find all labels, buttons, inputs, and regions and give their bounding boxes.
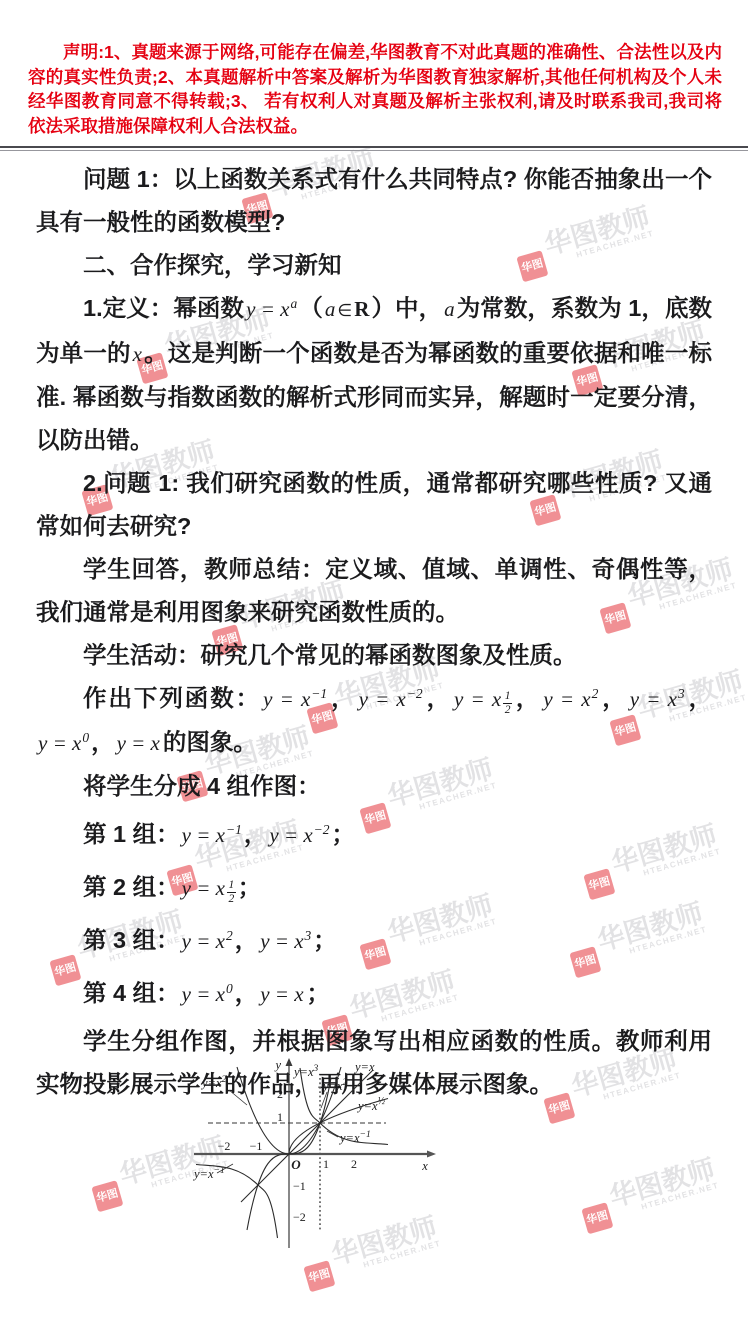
origin-label: O [291, 1157, 301, 1172]
function-list-outro: 的图象。 [163, 729, 257, 755]
x-tick-neg2: −2 [218, 1139, 231, 1153]
y-tick-2: 2 [277, 1087, 283, 1101]
group-4-line: 第 4 组：y = x0，y = x； [36, 967, 712, 1020]
paragraph-question1: 问题 1：以上函数关系式有什么共同特点? 你能否抽象出一个具有一般性的函数模型? [36, 158, 712, 244]
y-tick-1: 1 [277, 1110, 283, 1124]
power-function-graph: y x O −2 −1 1 2 2 1 −1 −2 y=x2 y=x3 y=x2… [136, 1056, 440, 1252]
group-1-line: 第 1 组：y = x−1，y = x−2； [36, 808, 712, 861]
huatu-logo-icon: 华图 [91, 1180, 123, 1212]
paragraph-student-activity: 学生活动：研究几个常见的幂函数图象及性质。 [36, 634, 712, 677]
leader-x-squared-left [229, 1090, 247, 1105]
label-x-inverse-left: y=x−1 [192, 1166, 225, 1181]
divider-line [0, 146, 748, 151]
label-sqrt-x: y=x½ [356, 1096, 386, 1113]
y-tick-neg2: −2 [293, 1210, 306, 1224]
leader-x-inverse-right [327, 1131, 338, 1137]
paragraph-section-heading: 二、合作探究，学习新知 [36, 244, 712, 287]
label-x-cubed: y=x3 [292, 1064, 319, 1079]
function-list-intro: 作出下列函数： [83, 685, 261, 711]
document-page: 华图华图教师HTEACHER.NET华图华图教师HTEACHER.NET华图华图… [0, 0, 748, 1335]
y-axis-arrow-icon [286, 1058, 293, 1066]
document-body: 问题 1：以上函数关系式有什么共同特点? 你能否抽象出一个具有一般性的函数模型?… [36, 158, 712, 1106]
formula-x: y = x [117, 731, 161, 755]
formula-x-half: y = x12 [454, 687, 512, 711]
watermark: 华图华图教师HTEACHER.NET [577, 1156, 722, 1235]
graph-svg: y x O −2 −1 1 2 2 1 −1 −2 y=x2 y=x3 y=x2… [136, 1056, 440, 1252]
y-tick-neg1: −1 [293, 1179, 306, 1193]
label-x-squared-right: y=x2 [321, 1078, 348, 1093]
x-axis-arrow-icon [427, 1151, 436, 1158]
formula-x-0: y = x0 [38, 731, 89, 755]
paragraph-grouping: 将学生分成 4 组作图： [36, 765, 712, 808]
definition-text-1: 1.定义：幂函数 [83, 295, 244, 321]
label-x-squared-left: y=x2 [200, 1075, 227, 1090]
formula-a: a [444, 297, 455, 321]
y-axis-label: y [273, 1058, 281, 1072]
group-1-label: 第 1 组： [83, 821, 180, 847]
group-2-label: 第 2 组： [83, 874, 180, 900]
formula-a-in-R: a∈R [325, 297, 369, 321]
paren-open: （ [299, 295, 323, 321]
paragraph-question2: 2.问题 1: 我们研究函数的性质，通常都研究哪些性质? 又通常如何去研究? [36, 462, 712, 548]
disclaimer: 声明:1、真题来源于网络,可能存在偏差,华图教育不对此真题的准确性、合法性以及内… [28, 40, 722, 138]
paragraph-student-answer: 学生回答，教师总结：定义域、值域、单调性、奇偶性等，我们通常是利用图象来研究函数… [36, 548, 712, 634]
x-axis-label: x [421, 1159, 428, 1173]
paragraph-function-list: 作出下列函数：y = x−1，y = x−2，y = x12，y = x2，y … [36, 677, 712, 765]
formula-y-eq-x-a: y = xa [246, 297, 297, 321]
disclaimer-label: 声明: [63, 42, 104, 62]
group-3-line: 第 3 组：y = x2，y = x3； [36, 914, 712, 967]
formula-x-2: y = x2 [543, 687, 598, 711]
label-y-equals-x: y=x [353, 1060, 375, 1074]
formula-x-neg2: y = x−2 [359, 687, 423, 711]
disclaimer-text: 1、真题来源于网络,可能存在偏差,华图教育不对此真题的准确性、合法性以及内容的真… [28, 42, 722, 136]
x-tick-neg1: −1 [250, 1139, 263, 1153]
paragraph-definition: 1.定义：幂函数y = xa（a∈R）中，a为常数，系数为 1，底数为单一的x。… [36, 287, 712, 462]
group-4-label: 第 4 组： [83, 980, 180, 1006]
x-tick-1: 1 [323, 1157, 329, 1171]
paren-close: ）中， [371, 295, 442, 321]
formula-x-3: y = x3 [630, 687, 685, 711]
formula-x: x [133, 342, 142, 366]
group-2-line: 第 2 组：y = x12； [36, 861, 712, 914]
huatu-logo-icon: 华图 [581, 1202, 613, 1234]
formula-x-neg1: y = x−1 [263, 687, 327, 711]
x-tick-2: 2 [351, 1157, 357, 1171]
huatu-logo-icon: 华图 [303, 1260, 335, 1292]
group-3-label: 第 3 组： [83, 927, 180, 953]
